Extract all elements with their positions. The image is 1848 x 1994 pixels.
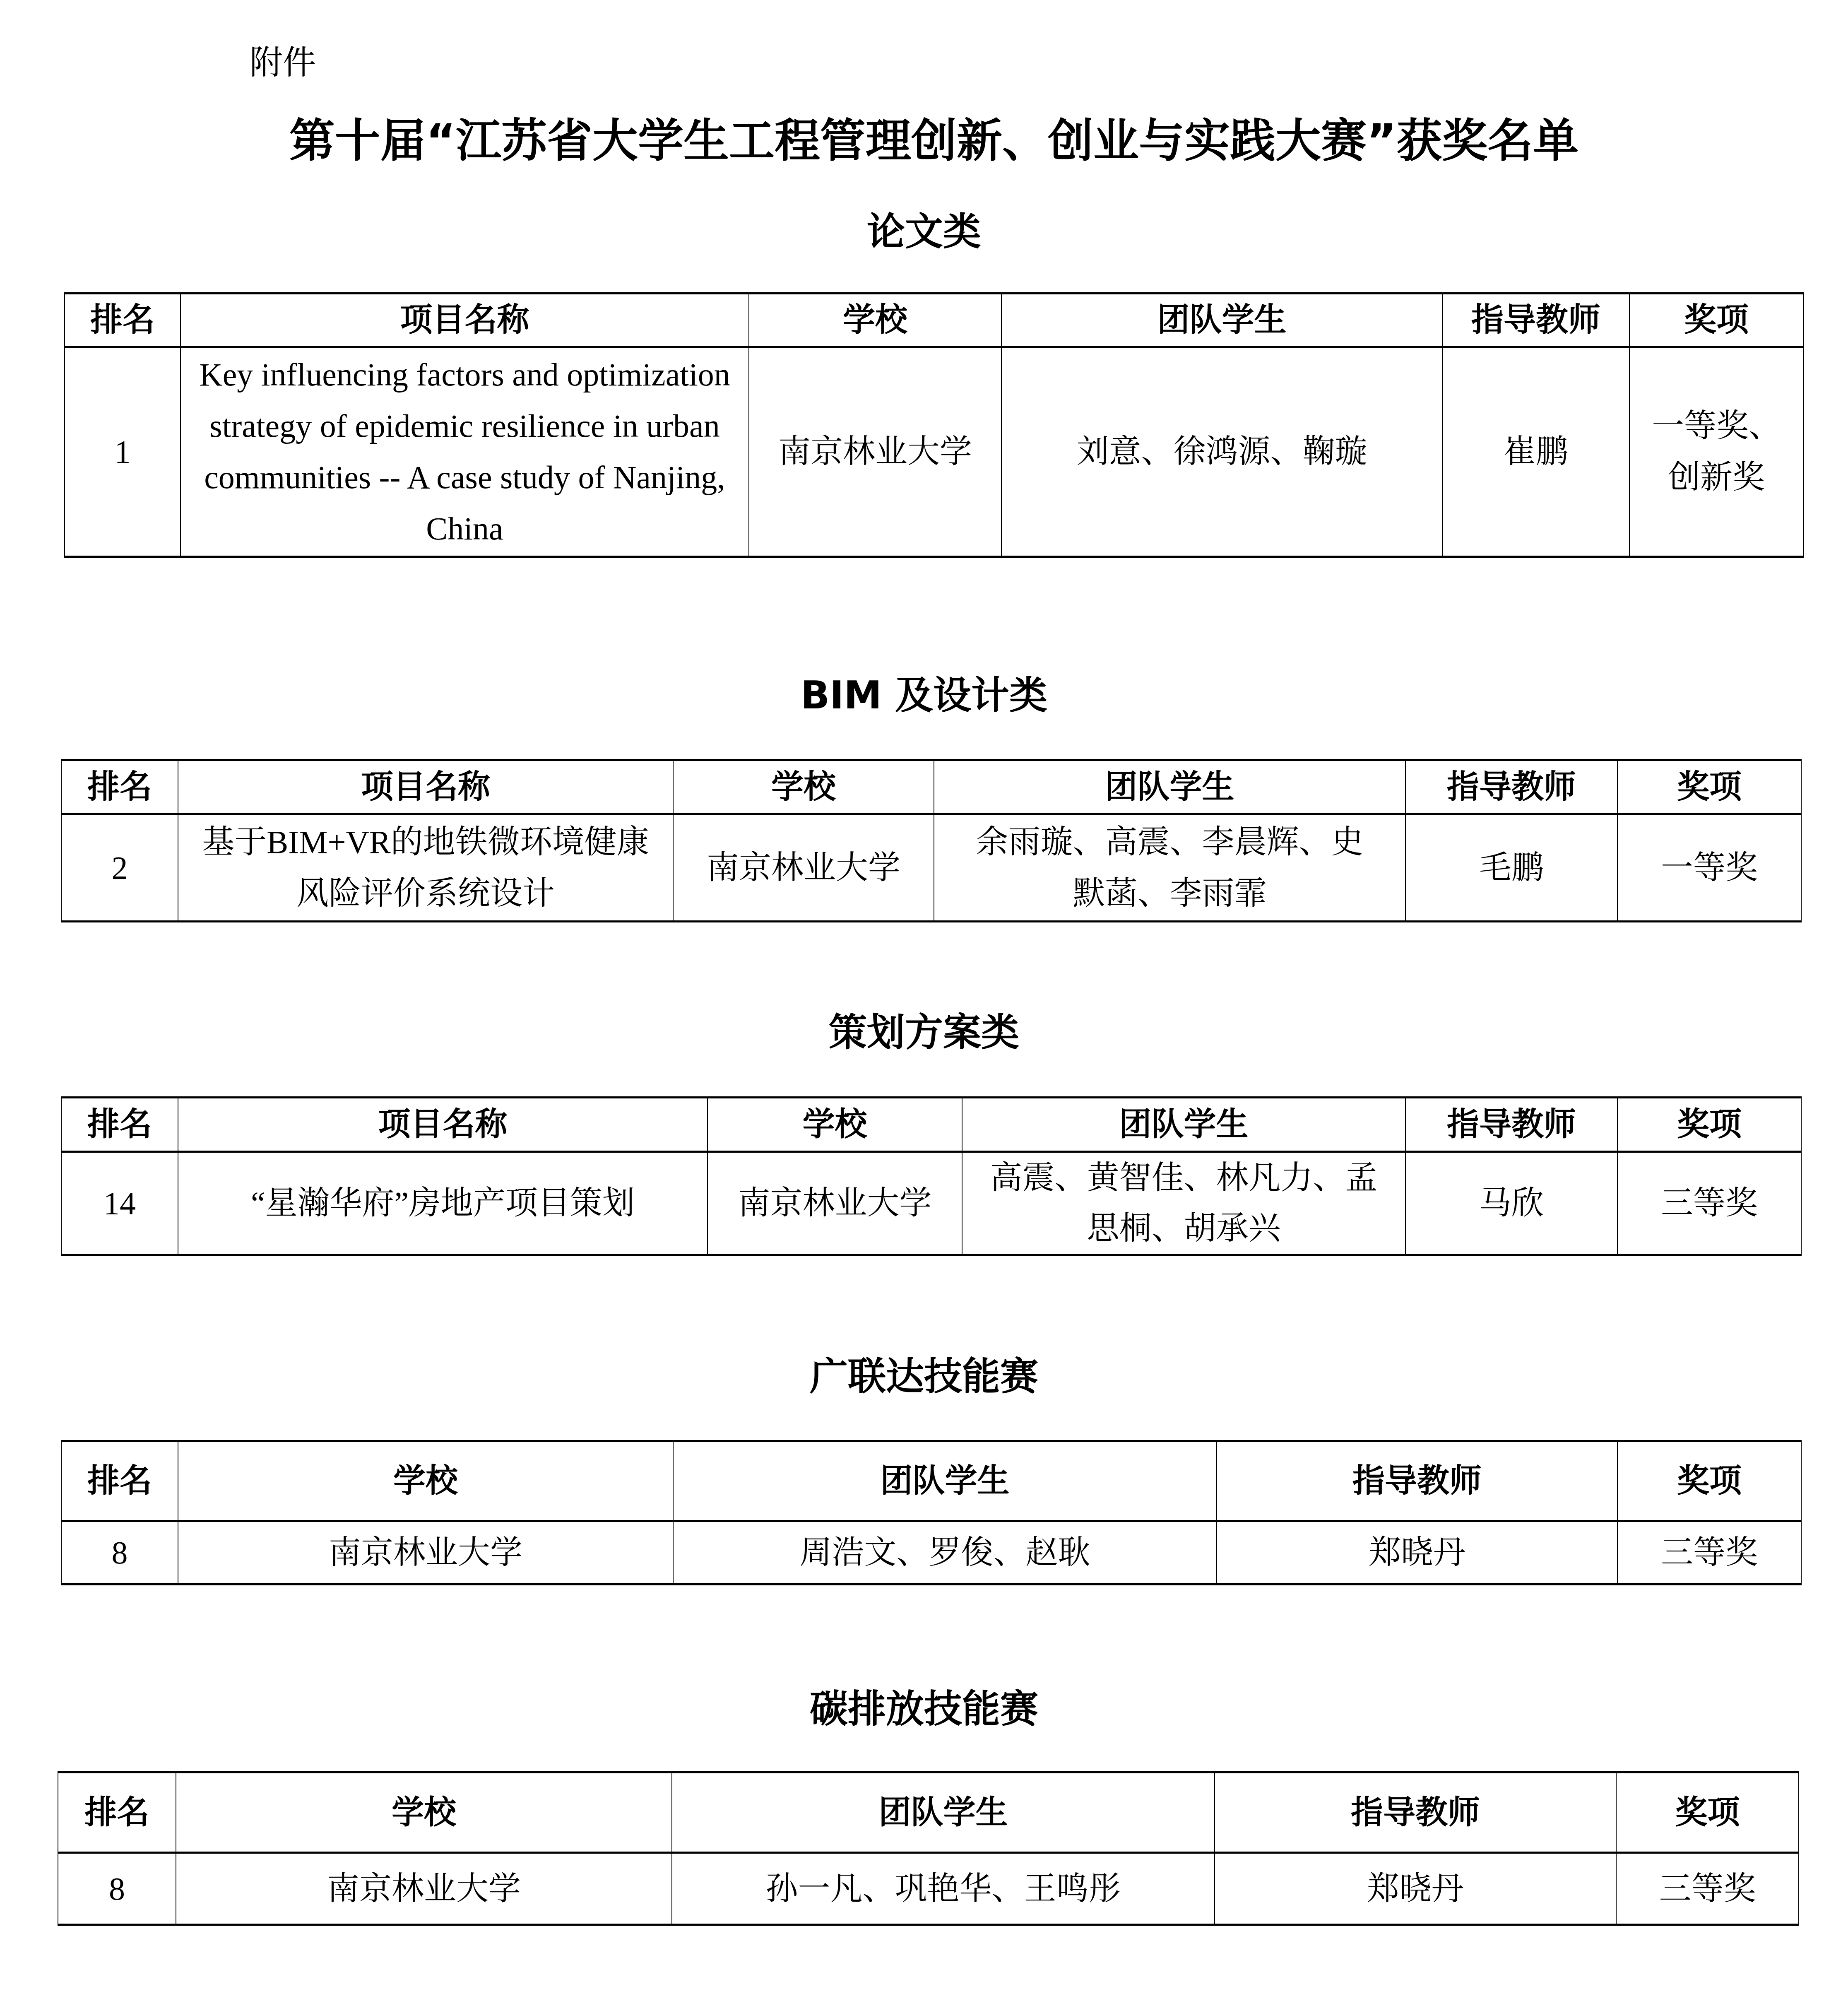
cell-students: 高震、黄智佳、林凡力、孟思桐、胡承兴 — [962, 1152, 1405, 1255]
page-title: 第十届“江苏省大学生工程管理创新、创业与实践大赛”获奖名单 — [0, 116, 1848, 166]
header-award: 奖项 — [1617, 760, 1801, 814]
header-school: 学校 — [673, 760, 934, 814]
cell-rank: 1 — [65, 347, 180, 557]
header-students: 团队学生 — [962, 1098, 1405, 1152]
header-project: 项目名称 — [180, 294, 749, 347]
cell-advisor: 马欣 — [1405, 1152, 1617, 1255]
cell-award: 一等奖 — [1617, 814, 1801, 922]
cell-rank: 8 — [61, 1521, 178, 1585]
cell-award: 三等奖 — [1617, 1521, 1801, 1585]
table-header-row: 排名 项目名称 学校 团队学生 指导教师 奖项 — [61, 760, 1801, 814]
cell-advisor: 郑晓丹 — [1215, 1853, 1616, 1925]
header-rank: 排名 — [65, 294, 180, 347]
header-school: 学校 — [176, 1772, 672, 1853]
table-header-row: 排名 项目名称 学校 团队学生 指导教师 奖项 — [65, 294, 1803, 347]
cell-students: 余雨璇、高震、李晨辉、史默菡、李雨霏 — [934, 814, 1405, 922]
cell-project: 基于BIM+VR的地铁微环境健康风险评价系统设计 — [178, 814, 673, 922]
header-school: 学校 — [707, 1098, 962, 1152]
section-title-paper: 论文类 — [0, 207, 1848, 257]
cell-school: 南京林业大学 — [707, 1152, 962, 1255]
header-rank: 排名 — [61, 1441, 178, 1521]
header-advisor: 指导教师 — [1442, 294, 1629, 347]
cell-advisor: 崔鹏 — [1442, 347, 1629, 557]
header-rank: 排名 — [61, 760, 178, 814]
section-title-planning: 策划方案类 — [0, 1008, 1848, 1057]
section-title-carbon: 碳排放技能赛 — [0, 1684, 1848, 1734]
cell-school: 南京林业大学 — [178, 1521, 673, 1585]
header-project: 项目名称 — [178, 760, 673, 814]
cell-award: 三等奖 — [1616, 1853, 1799, 1925]
table-row: 1 Key influencing factors and optimizati… — [65, 347, 1803, 557]
cell-rank: 8 — [58, 1853, 176, 1925]
table-header-row: 排名 学校 团队学生 指导教师 奖项 — [61, 1441, 1801, 1521]
award-table-carbon: 排名 学校 团队学生 指导教师 奖项 8 南京林业大学 孙一凡、巩艳华、王鸣彤 … — [58, 1771, 1799, 1926]
cell-school: 南京林业大学 — [176, 1853, 672, 1925]
header-students: 团队学生 — [1001, 294, 1442, 347]
table-header-row: 排名 学校 团队学生 指导教师 奖项 — [58, 1772, 1799, 1853]
cell-students: 周浩文、罗俊、赵耿 — [673, 1521, 1217, 1585]
header-advisor: 指导教师 — [1217, 1441, 1617, 1521]
cell-award: 一等奖、创新奖 — [1629, 347, 1803, 557]
header-advisor: 指导教师 — [1405, 760, 1617, 814]
header-students: 团队学生 — [672, 1772, 1215, 1853]
cell-project: Key influencing factors and optimization… — [180, 347, 749, 557]
header-award: 奖项 — [1617, 1098, 1801, 1152]
cell-rank: 2 — [61, 814, 178, 922]
table-row: 8 南京林业大学 周浩文、罗俊、赵耿 郑晓丹 三等奖 — [61, 1521, 1801, 1585]
table-row: 2 基于BIM+VR的地铁微环境健康风险评价系统设计 南京林业大学 余雨璇、高震… — [61, 814, 1801, 922]
cell-advisor: 郑晓丹 — [1217, 1521, 1617, 1585]
header-school: 学校 — [178, 1441, 673, 1521]
table-row: 14 “星瀚华府”房地产项目策划 南京林业大学 高震、黄智佳、林凡力、孟思桐、胡… — [61, 1152, 1801, 1255]
table-row: 8 南京林业大学 孙一凡、巩艳华、王鸣彤 郑晓丹 三等奖 — [58, 1853, 1799, 1925]
award-table-bim: 排名 项目名称 学校 团队学生 指导教师 奖项 2 基于BIM+VR的地铁微环境… — [61, 759, 1802, 922]
section-title-glodon: 广联达技能赛 — [0, 1352, 1848, 1402]
cell-rank: 14 — [61, 1152, 178, 1255]
header-rank: 排名 — [58, 1772, 176, 1853]
cell-students: 孙一凡、巩艳华、王鸣彤 — [672, 1853, 1215, 1925]
header-students: 团队学生 — [934, 760, 1405, 814]
header-project: 项目名称 — [178, 1098, 707, 1152]
header-award: 奖项 — [1616, 1772, 1799, 1853]
table-header-row: 排名 项目名称 学校 团队学生 指导教师 奖项 — [61, 1098, 1801, 1152]
cell-project: “星瀚华府”房地产项目策划 — [178, 1152, 707, 1255]
cell-advisor: 毛鹏 — [1405, 814, 1617, 922]
attachment-label: 附件 — [250, 40, 316, 85]
header-advisor: 指导教师 — [1405, 1098, 1617, 1152]
award-table-paper: 排名 项目名称 学校 团队学生 指导教师 奖项 1 Key influencin… — [64, 292, 1804, 558]
cell-students: 刘意、徐鸿源、鞠璇 — [1001, 347, 1442, 557]
cell-award: 三等奖 — [1617, 1152, 1801, 1255]
cell-school: 南京林业大学 — [673, 814, 934, 922]
section-title-bim: BIM 及设计类 — [0, 671, 1848, 720]
header-advisor: 指导教师 — [1215, 1772, 1616, 1853]
header-students: 团队学生 — [673, 1441, 1217, 1521]
header-award: 奖项 — [1617, 1441, 1801, 1521]
header-rank: 排名 — [61, 1098, 178, 1152]
header-school: 学校 — [749, 294, 1001, 347]
award-table-glodon: 排名 学校 团队学生 指导教师 奖项 8 南京林业大学 周浩文、罗俊、赵耿 郑晓… — [61, 1440, 1802, 1585]
cell-school: 南京林业大学 — [749, 347, 1001, 557]
header-award: 奖项 — [1629, 294, 1803, 347]
award-table-planning: 排名 项目名称 学校 团队学生 指导教师 奖项 14 “星瀚华府”房地产项目策划… — [61, 1096, 1802, 1256]
